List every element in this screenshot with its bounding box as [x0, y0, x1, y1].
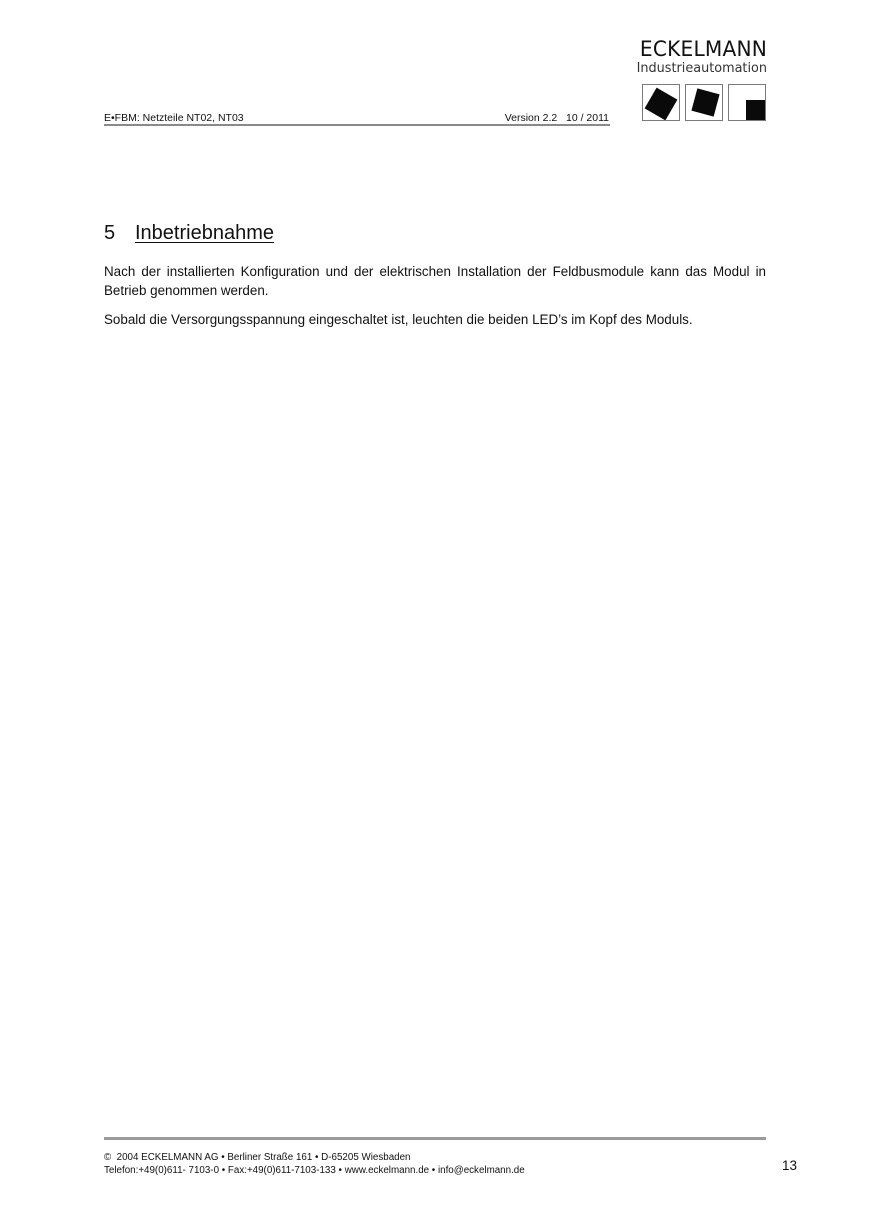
footer-contact: Telefon:+49(0)611- 7103-0 • Fax:+49(0)61…: [104, 1165, 525, 1176]
section-title: Inbetriebnahme: [135, 222, 274, 244]
header-document-title: E•FBM: Netzteile NT02, NT03: [104, 112, 244, 124]
logo-text: ECKELMANN Industrieautomation: [612, 38, 767, 76]
section-heading: 5Inbetriebnahme: [104, 222, 274, 245]
paragraph: Nach der installierten Konfiguration und…: [104, 262, 766, 300]
logo-subtitle: Industrieautomation: [620, 61, 767, 76]
footer-address: © 2004 ECKELMANN AG • Berliner Straße 16…: [104, 1152, 411, 1163]
paragraph: Sobald die Versorgungsspannung eingescha…: [104, 310, 766, 329]
footer-divider: [104, 1137, 766, 1140]
logo-square-rotated-icon: [642, 84, 680, 121]
page-number: 13: [782, 1158, 797, 1173]
section-number: 5: [104, 222, 135, 245]
logo-square-tilted-icon: [685, 84, 723, 121]
logo-brand: ECKELMANN: [618, 38, 767, 60]
header-version: Version 2.2 10 / 2011: [480, 112, 609, 124]
header-divider: [104, 124, 610, 126]
logo-square-corner-icon: [728, 84, 766, 121]
